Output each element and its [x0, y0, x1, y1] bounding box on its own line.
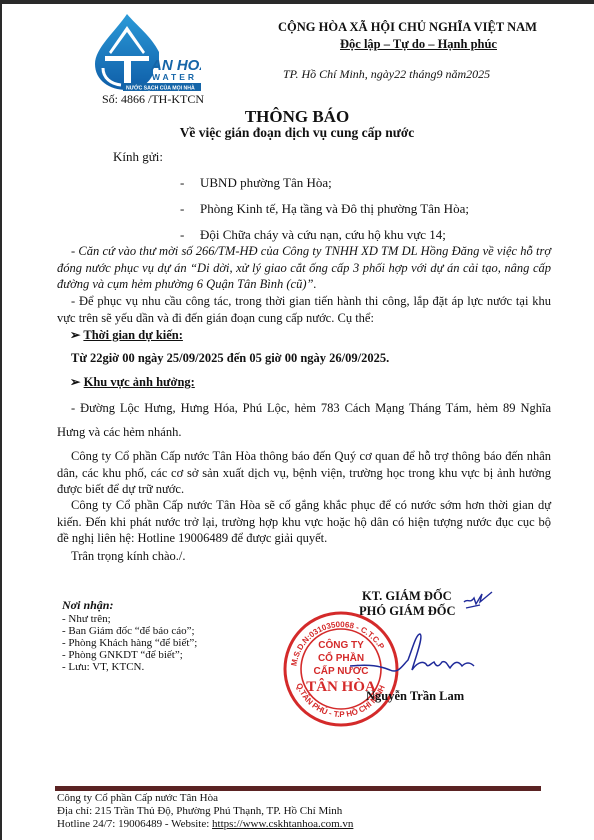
notice-title: THÔNG BÁO — [0, 107, 594, 127]
paragraph-purpose: - Để phục vụ nhu cầu công tác, trong thờ… — [57, 293, 551, 326]
recipient-bullet: - — [180, 201, 200, 217]
cc-title: Nơi nhận: — [62, 598, 113, 613]
footer-company: Công ty Cổ phần Cấp nước Tân Hòa — [57, 792, 218, 804]
recipient-item: -Phòng Kinh tế, Hạ tầng và Đô thị phường… — [180, 201, 469, 217]
svg-text:NƯỚC SẠCH CỦA MỌI NHÀ: NƯỚC SẠCH CỦA MỌI NHÀ — [126, 84, 195, 92]
footer-website-link[interactable]: https://www.cskhtanhoa.com.vn — [212, 818, 353, 830]
outage-time-range: Từ 22giờ 00 ngày 25/09/2025 đến 05 giờ 0… — [71, 351, 389, 366]
footer-divider — [55, 786, 541, 791]
water-drop-logo-icon: AN HOA WATER NƯỚC SẠCH CỦA MỌI NHÀ — [93, 12, 201, 92]
signature-title-1: KT. GIÁM ĐỐC — [362, 589, 452, 604]
greeting: Kính gửi: — [113, 149, 163, 165]
signer-name: Nguyễn Trần Lam — [366, 689, 464, 704]
footer-contact: Hotline 24/7: 19006489 - Website: https:… — [57, 818, 353, 830]
svg-text:WATER: WATER — [152, 72, 197, 82]
cc-item: - Như trên; — [62, 613, 111, 625]
recipient-bullet: - — [180, 175, 200, 191]
recipient-item: -UBND phường Tân Hòa; — [180, 175, 332, 191]
footer-hotline: Hotline 24/7: 19006489 - Website: — [57, 818, 212, 830]
notice-subtitle: Về việc gián đoạn dịch vụ cung cấp nước — [0, 125, 594, 141]
paragraph-inform: Công ty Cổ phần Cấp nước Tân Hòa thông b… — [57, 448, 551, 498]
handwritten-signature-icon — [350, 630, 490, 680]
national-motto: Độc lập – Tự do – Hạnh phúc — [340, 37, 497, 52]
paragraph-basis: - Căn cứ vào thư mời số 266/TM-HĐ của Cô… — [57, 243, 551, 293]
paragraph-effort: Công ty Cổ phần Cấp nước Tân Hòa sẽ cố g… — [57, 497, 551, 547]
affected-area: - Đường Lộc Hưng, Hưng Hóa, Phú Lộc, hẻm… — [57, 396, 551, 444]
initials-mark-icon — [462, 588, 494, 612]
document-date: TP. Hồ Chí Minh, ngày22 tháng9 năm2025 — [283, 67, 490, 82]
company-logo: AN HOA WATER NƯỚC SẠCH CỦA MỌI NHÀ — [93, 12, 201, 90]
section-time-heading: ➢ Thời gian dự kiến: — [70, 327, 183, 343]
cc-item: - Phòng Khách hàng “để biết”; — [62, 637, 197, 649]
arrow-bullet-icon: ➢ — [70, 328, 80, 342]
cc-item: - Phòng GNKDT “để biết”; — [62, 649, 183, 661]
national-title: CỘNG HÒA XÃ HỘI CHỦ NGHĨA VIỆT NAM — [278, 20, 537, 35]
document-number: Số: 4866 /TH-KTCN — [102, 92, 204, 107]
footer-address: Địa chỉ: 215 Trần Thủ Độ, Phường Phú Thạ… — [57, 805, 342, 817]
cc-item: - Lưu: VT, KTCN. — [62, 661, 144, 673]
recipient-item: -Đội Chữa cháy và cứu nạn, cứu hộ khu vự… — [180, 227, 446, 243]
recipient-bullet: - — [180, 227, 200, 243]
section-area-heading: ➢ Khu vực ảnh hưởng: — [70, 374, 195, 390]
window-top-border — [0, 0, 594, 4]
arrow-bullet-icon: ➢ — [70, 375, 80, 389]
closing-line: Trân trọng kính chào./. — [57, 548, 551, 565]
cc-item: - Ban Giám đốc “để báo cáo”; — [62, 625, 195, 637]
